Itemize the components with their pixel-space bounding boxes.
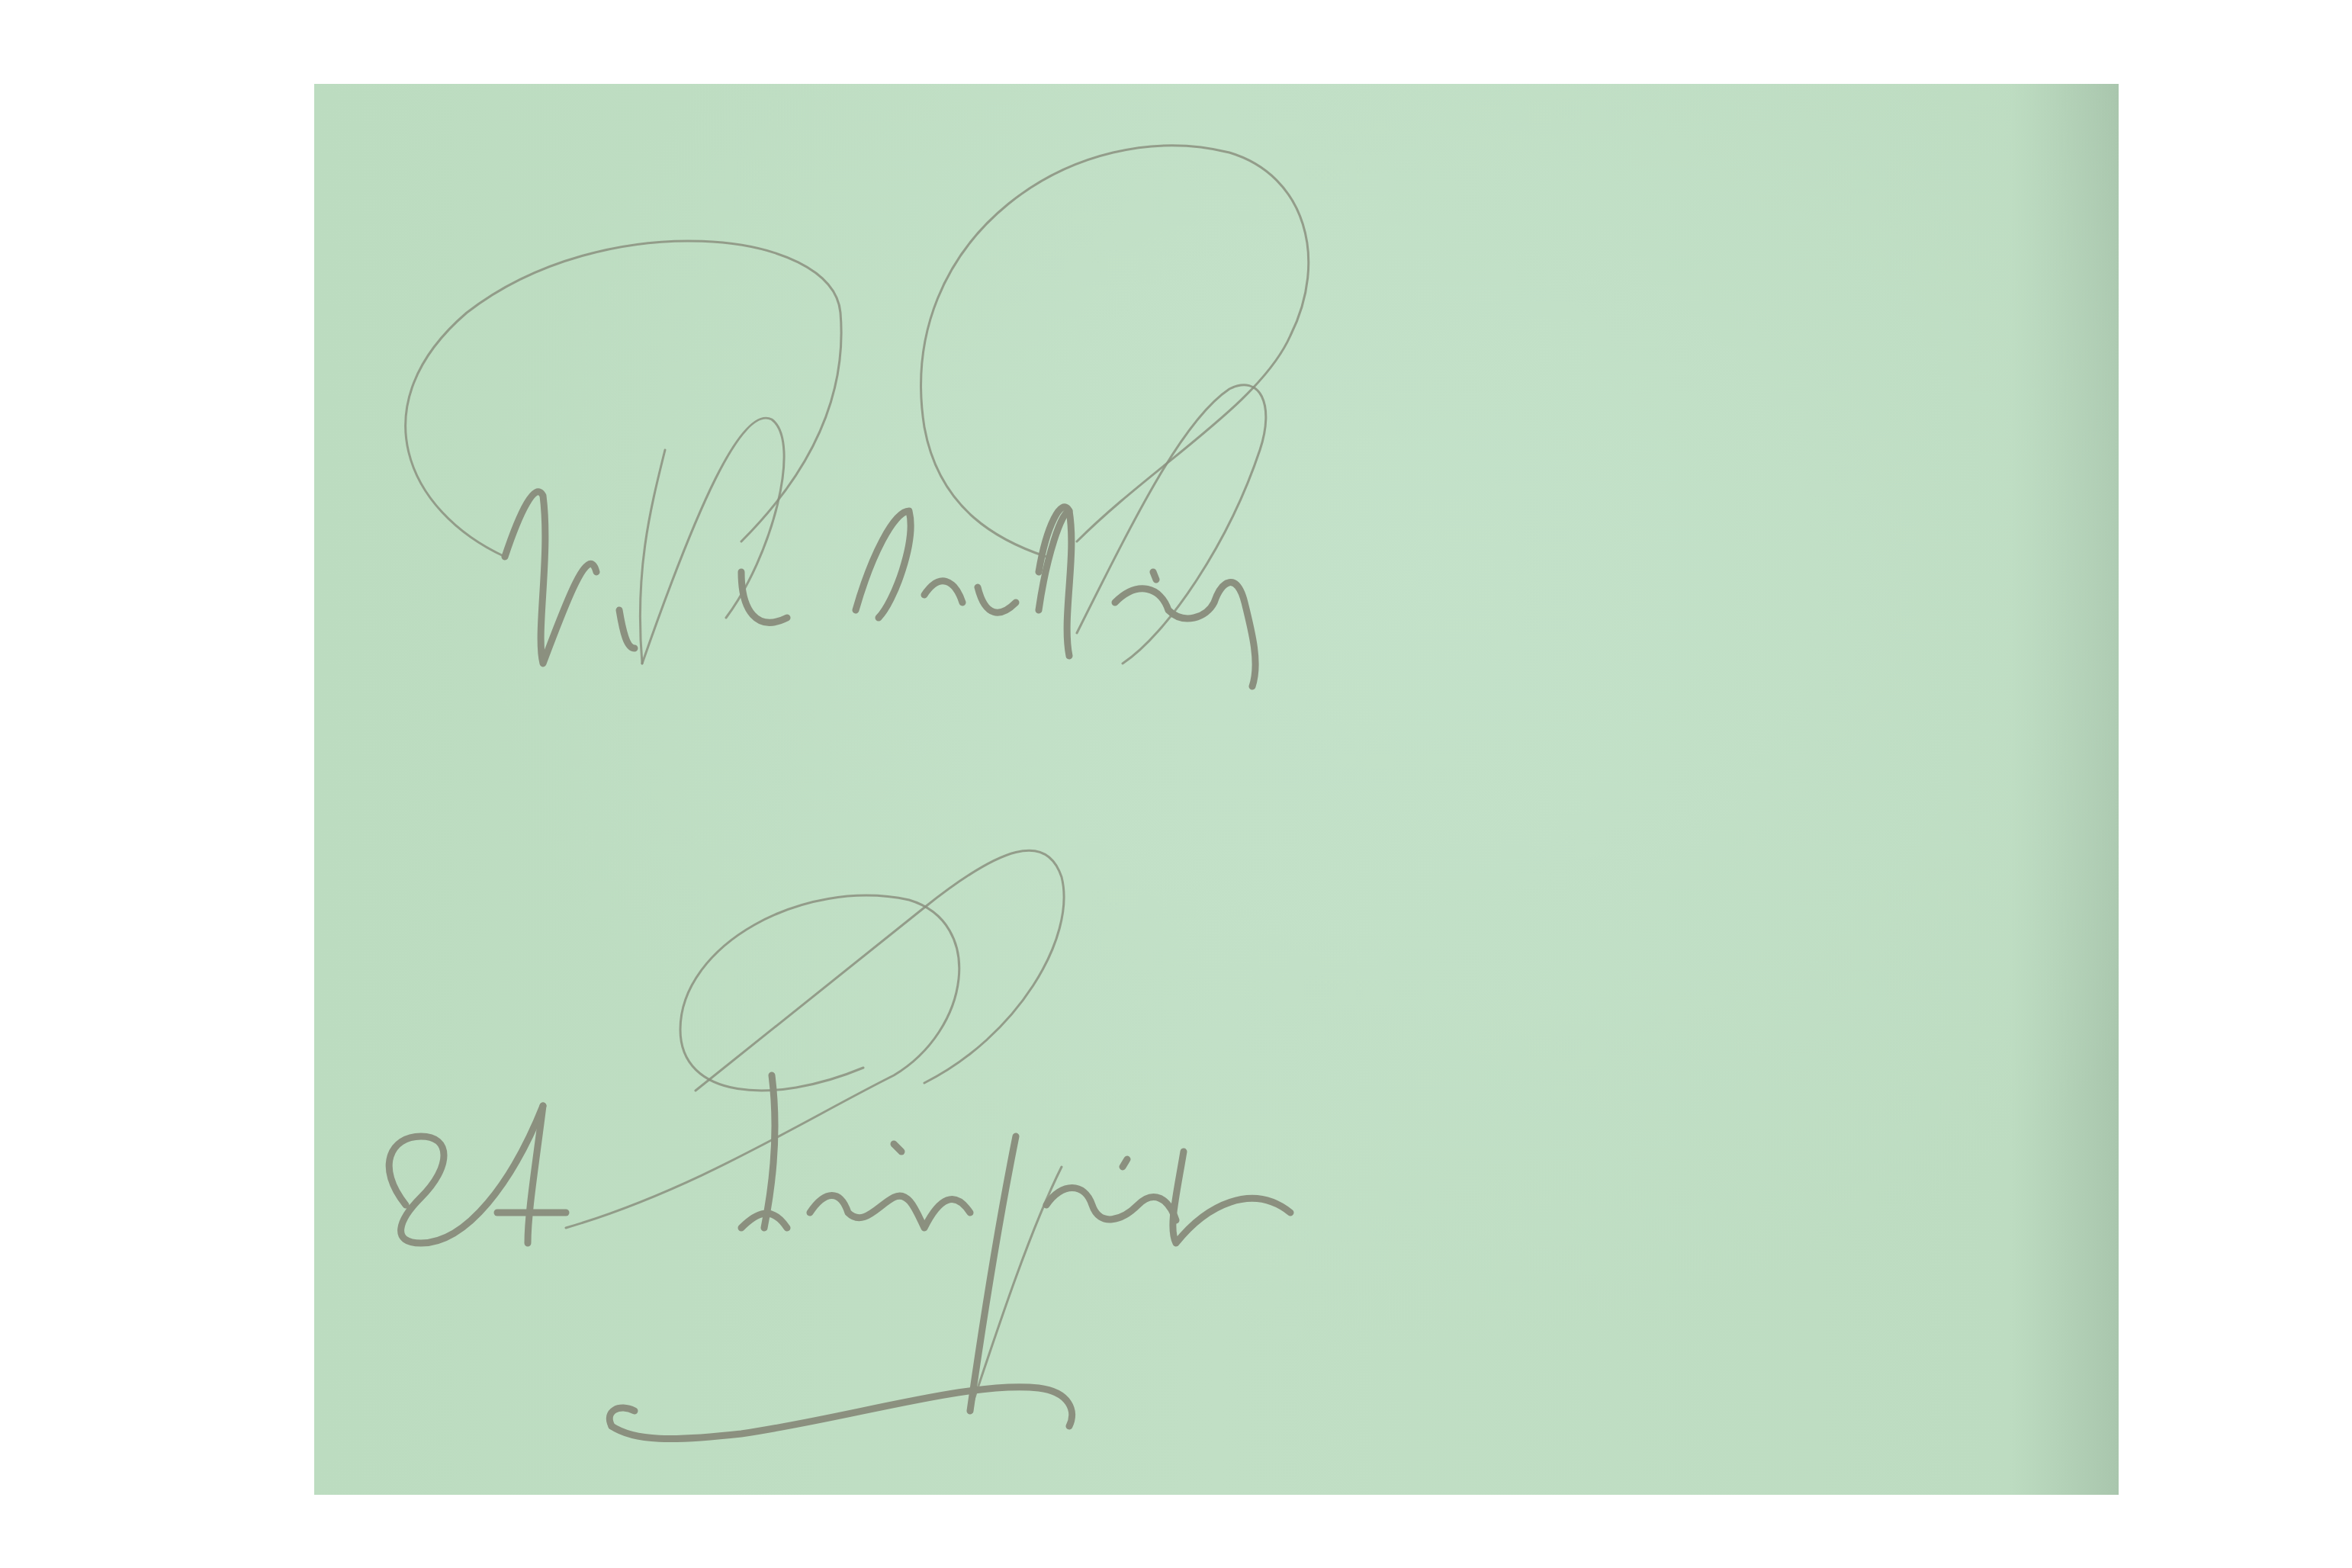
autograph-card: With best Wishes A. Pierrepoint [314,84,2119,1495]
handwriting-ink [314,84,2119,1495]
